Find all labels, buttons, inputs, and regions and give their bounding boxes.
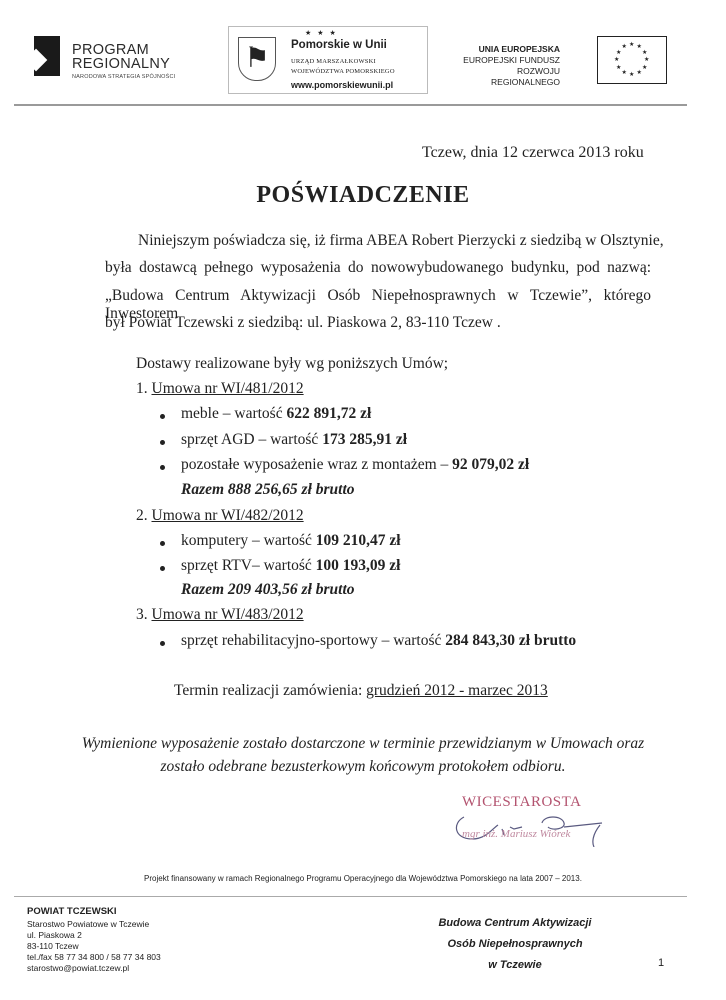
contract-1-item-3: pozostałe wyposażenie wraz z montażem – … — [181, 456, 529, 474]
eu-logo-text: UNIA EUROPEJSKA EUROPEJSKI FUNDUSZ ROZWO… — [450, 44, 560, 88]
org-address: POWIAT TCZEWSKI Starostwo Powiatowe w Tc… — [27, 906, 161, 974]
eu-line1: UNIA EUROPEJSKA — [450, 44, 560, 55]
pomorskie-line1: URZĄD MARSZAŁKOWSKI — [291, 58, 376, 65]
contract-1-heading: 1. Umowa nr WI/481/2012 — [136, 380, 304, 398]
contract-3-heading: 3. Umowa nr WI/483/2012 — [136, 606, 304, 624]
contract-1-item-2: sprzęt AGD – wartość 173 285,91 zł — [181, 431, 407, 449]
signature-icon — [452, 805, 607, 847]
contract-1-name: Umowa nr WI/481/2012 — [152, 380, 304, 397]
bullet-icon — [160, 414, 165, 419]
contract-1-total: Razem 888 256,65 zł brutto — [181, 481, 355, 499]
eu-star-icon: ★ — [642, 65, 647, 71]
bullet-icon — [160, 541, 165, 546]
bullet-icon — [160, 465, 165, 470]
org-email: starostwo@powiat.tczew.pl — [27, 963, 161, 974]
term-line: Termin realizacji zamówienia: grudzień 2… — [174, 682, 548, 700]
intro-line-2: była dostawcą pełnego wyposażenia do now… — [105, 259, 651, 277]
eu-flag-icon: ★★★★★★★★★★★★ — [597, 36, 667, 84]
term-value: grudzień 2012 - marzec 2013 — [366, 682, 548, 699]
pomorskie-title: Pomorskie w Unii — [291, 39, 387, 51]
bullet-icon — [160, 641, 165, 646]
deliveries-intro: Dostawy realizowane były wg poniższych U… — [136, 355, 448, 373]
eu-line2: EUROPEJSKI FUNDUSZ — [450, 55, 560, 66]
griffin-crest-icon: ⚑ — [238, 37, 276, 81]
org-name: POWIAT TCZEWSKI — [27, 906, 161, 917]
contract-2-item-1: komputery – wartość 109 210,47 zł — [181, 532, 401, 550]
intro-line-1: Niniejszym poświadcza się, iż firma ABEA… — [138, 232, 664, 250]
intro-line-4: był Powiat Tczewski z siedzibą: ul. Pias… — [105, 314, 501, 332]
document-title: POŚWIADCZENIE — [0, 182, 726, 209]
stamp-name: mgr inż. Mariusz Wiórek — [462, 828, 570, 840]
eu-star-icon: ★ — [637, 70, 642, 76]
contract-2-item-2: sprzęt RTV– wartość 100 193,09 zł — [181, 557, 400, 575]
header-divider — [14, 104, 687, 106]
program-regionalny-logo-icon — [34, 36, 60, 76]
eu-star-icon: ★ — [629, 72, 634, 78]
contract-2-name: Umowa nr WI/482/2012 — [152, 507, 304, 524]
footer-divider — [14, 896, 687, 897]
eu-star-icon: ★ — [622, 44, 627, 50]
stars-icon: ★ ★ ★ — [305, 29, 338, 37]
page-number: 1 — [658, 957, 664, 969]
contract-2-total: Razem 209 403,56 zł brutto — [181, 581, 355, 599]
eu-star-icon: ★ — [622, 70, 627, 76]
contract-3-name: Umowa nr WI/483/2012 — [152, 606, 304, 623]
eu-star-icon: ★ — [642, 50, 647, 56]
eu-star-icon: ★ — [616, 65, 621, 71]
contract-3-item-1: sprzęt rehabilitacyjno-sportowy – wartoś… — [181, 632, 576, 650]
project-note: Projekt finansowany w ramach Regionalneg… — [0, 874, 726, 883]
contract-2-heading: 2. Umowa nr WI/482/2012 — [136, 507, 304, 525]
eu-star-icon: ★ — [616, 50, 621, 56]
program-title-line2: REGIONALNY — [72, 57, 170, 71]
pomorskie-url: www.pomorskiewunii.pl — [291, 80, 393, 90]
closing-line-2: zostało odebrane bezusterkowym końcowym … — [0, 758, 726, 776]
contract-1-item-1: meble – wartość 622 891,72 zł — [181, 405, 371, 423]
eu-star-icon: ★ — [614, 57, 619, 63]
eu-star-icon: ★ — [644, 57, 649, 63]
program-regionalny-title: PROGRAM REGIONALNY — [72, 43, 170, 71]
document-date: Tczew, dnia 12 czerwca 2013 roku — [422, 144, 644, 162]
project-name: Budowa Centrum Aktywizacji Osób Niepełno… — [400, 913, 630, 976]
pomorskie-logo-box: ⚑ ★ ★ ★ Pomorskie w Unii URZĄD MARSZAŁKO… — [228, 26, 428, 94]
pomorskie-line2: WOJEWÓDZTWA POMORSKIEGO — [291, 68, 395, 75]
bullet-icon — [160, 566, 165, 571]
program-regionalny-subtitle: NARODOWA STRATEGIA SPÓJNOŚCI — [72, 74, 175, 80]
eu-star-icon: ★ — [629, 42, 634, 48]
program-title-line1: PROGRAM — [72, 43, 170, 57]
eu-line3: ROZWOJU REGIONALNEGO — [450, 66, 560, 88]
closing-line-1: Wymienione wyposażenie zostało dostarczo… — [0, 735, 726, 753]
bullet-icon — [160, 440, 165, 445]
